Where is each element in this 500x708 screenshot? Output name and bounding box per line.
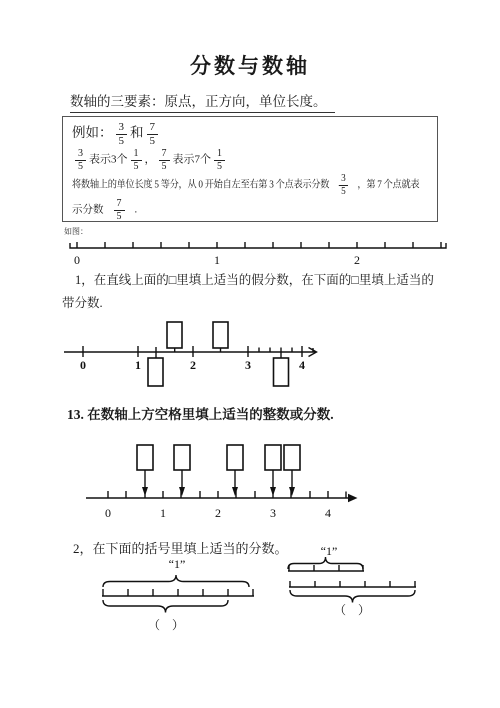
q13-label-4: 4 xyxy=(325,506,331,520)
answer-box-improper-fraction-1[interactable] xyxy=(167,322,182,348)
q13-label-1: 1 xyxy=(160,506,166,520)
fraction-7-5: 75 xyxy=(114,198,125,222)
fraction-1-5: 15 xyxy=(131,148,142,172)
ruler-label-1: 1 xyxy=(214,253,220,267)
left-segment-ticks xyxy=(103,589,253,596)
down-arrowhead-icon xyxy=(179,487,185,496)
example-line-1: 例如：35和75 xyxy=(72,121,161,147)
worksheet-page: 分数与数轴 数轴的三要素：原点，正方向，单位长度。 例如：35和75 35表示3… xyxy=(0,0,500,708)
right-segment-ticks xyxy=(290,581,415,587)
fraction-3-5: 35 xyxy=(338,173,348,197)
left-unit-label: “1” xyxy=(169,557,186,571)
right-unit-label: “1” xyxy=(321,544,338,558)
page-title: 分数与数轴 xyxy=(0,50,500,80)
question-1-line-1: 1，在直线上面的□里填上适当的假分数，在下面的□里填上适当的 xyxy=(62,269,462,292)
ruler-tick-marks xyxy=(77,242,441,248)
ruler-axis-line xyxy=(70,243,446,248)
down-arrowhead-icon xyxy=(232,487,238,496)
fraction-7-5: 75 xyxy=(147,121,159,147)
ruler-numberline: 0 1 2 xyxy=(0,236,500,270)
left-answer-parens[interactable]: （ ） xyxy=(148,618,184,632)
example-explanation: 将数轴上的单位长度 5 等分，从 0 开始自左至右第 3 个点表示分数 xyxy=(72,179,329,190)
q1-label-2: 2 xyxy=(190,358,196,372)
q13-label-0: 0 xyxy=(105,506,111,520)
q1-numberline: 0 1 2 3 4 xyxy=(0,313,500,395)
means-7-units: 表示7个 xyxy=(173,154,212,166)
fraction-3-5: 35 xyxy=(116,121,128,147)
question-1-text: 1，在直线上面的□里填上适当的假分数，在下面的□里填上适当的 带分数. xyxy=(62,269,462,315)
right-unit-ticks xyxy=(289,565,363,571)
answer-box-3[interactable] xyxy=(227,445,243,470)
q13-label-2: 2 xyxy=(215,506,221,520)
down-arrowhead-icon xyxy=(289,487,295,496)
answer-box-mixed-number-2[interactable] xyxy=(274,358,289,386)
left-overbrace-icon xyxy=(103,575,249,587)
answer-box-1[interactable] xyxy=(137,445,153,470)
right-overbrace-icon xyxy=(288,557,363,569)
example-label: 例如： xyxy=(72,125,113,140)
right-answer-parens[interactable]: （ ） xyxy=(334,603,370,617)
fraction-7-5: 75 xyxy=(159,148,170,172)
q1-label-0: 0 xyxy=(80,358,86,372)
down-arrow-stems xyxy=(145,470,292,488)
answer-box-5[interactable] xyxy=(284,445,300,470)
q13-label-3: 3 xyxy=(270,506,276,520)
q13-axis-arrowhead-icon xyxy=(348,494,358,502)
q2-diagrams: “1” （ ） “1” （ ） xyxy=(0,540,500,640)
and-word: 和 xyxy=(130,125,144,140)
example-explanation-cont: ，第 7 个点就表 xyxy=(357,179,419,190)
q13-numberline: 0 1 2 3 4 xyxy=(0,432,500,527)
shows-fraction-text: 示分数 xyxy=(72,204,104,215)
means-3-units: 表示3个 xyxy=(89,154,128,166)
answer-box-2[interactable] xyxy=(174,445,190,470)
fraction-3-5: 35 xyxy=(75,148,86,172)
answer-box-4[interactable] xyxy=(265,445,281,470)
period: . xyxy=(135,204,138,215)
example-line-4: 示分数75. xyxy=(72,198,137,222)
fraction-1-5: 15 xyxy=(214,148,225,172)
example-box: 例如：35和75 35表示3个15，75表示7个15 将数轴上的单位长度 5 等… xyxy=(62,116,438,222)
key-points-text: 数轴的三要素：原点，正方向，单位长度。 xyxy=(70,90,335,113)
q1-label-1: 1 xyxy=(135,358,141,372)
left-underbrace-icon xyxy=(103,600,228,613)
example-line-3: 将数轴上的单位长度 5 等分，从 0 开始自左至右第 3 个点表示分数35，第 … xyxy=(72,173,419,197)
right-underbrace-icon xyxy=(290,590,415,603)
example-line-2: 35表示3个15，75表示7个15 xyxy=(72,148,228,172)
q1-label-4: 4 xyxy=(299,358,305,372)
answer-box-mixed-number-1[interactable] xyxy=(148,358,163,386)
question-1-line-2: 带分数. xyxy=(62,292,462,315)
question-13-text: 13. 在数轴上方空格里填上适当的整数或分数. xyxy=(67,403,334,423)
ruler-label-2: 2 xyxy=(354,253,360,267)
q1-label-3: 3 xyxy=(245,358,251,372)
comma: ， xyxy=(145,154,156,166)
q1-box-stems xyxy=(156,348,281,358)
ruler-label-0: 0 xyxy=(74,253,80,267)
key-points-line: 数轴的三要素：原点，正方向，单位长度。 xyxy=(70,90,335,113)
answer-box-improper-fraction-2[interactable] xyxy=(213,322,228,348)
